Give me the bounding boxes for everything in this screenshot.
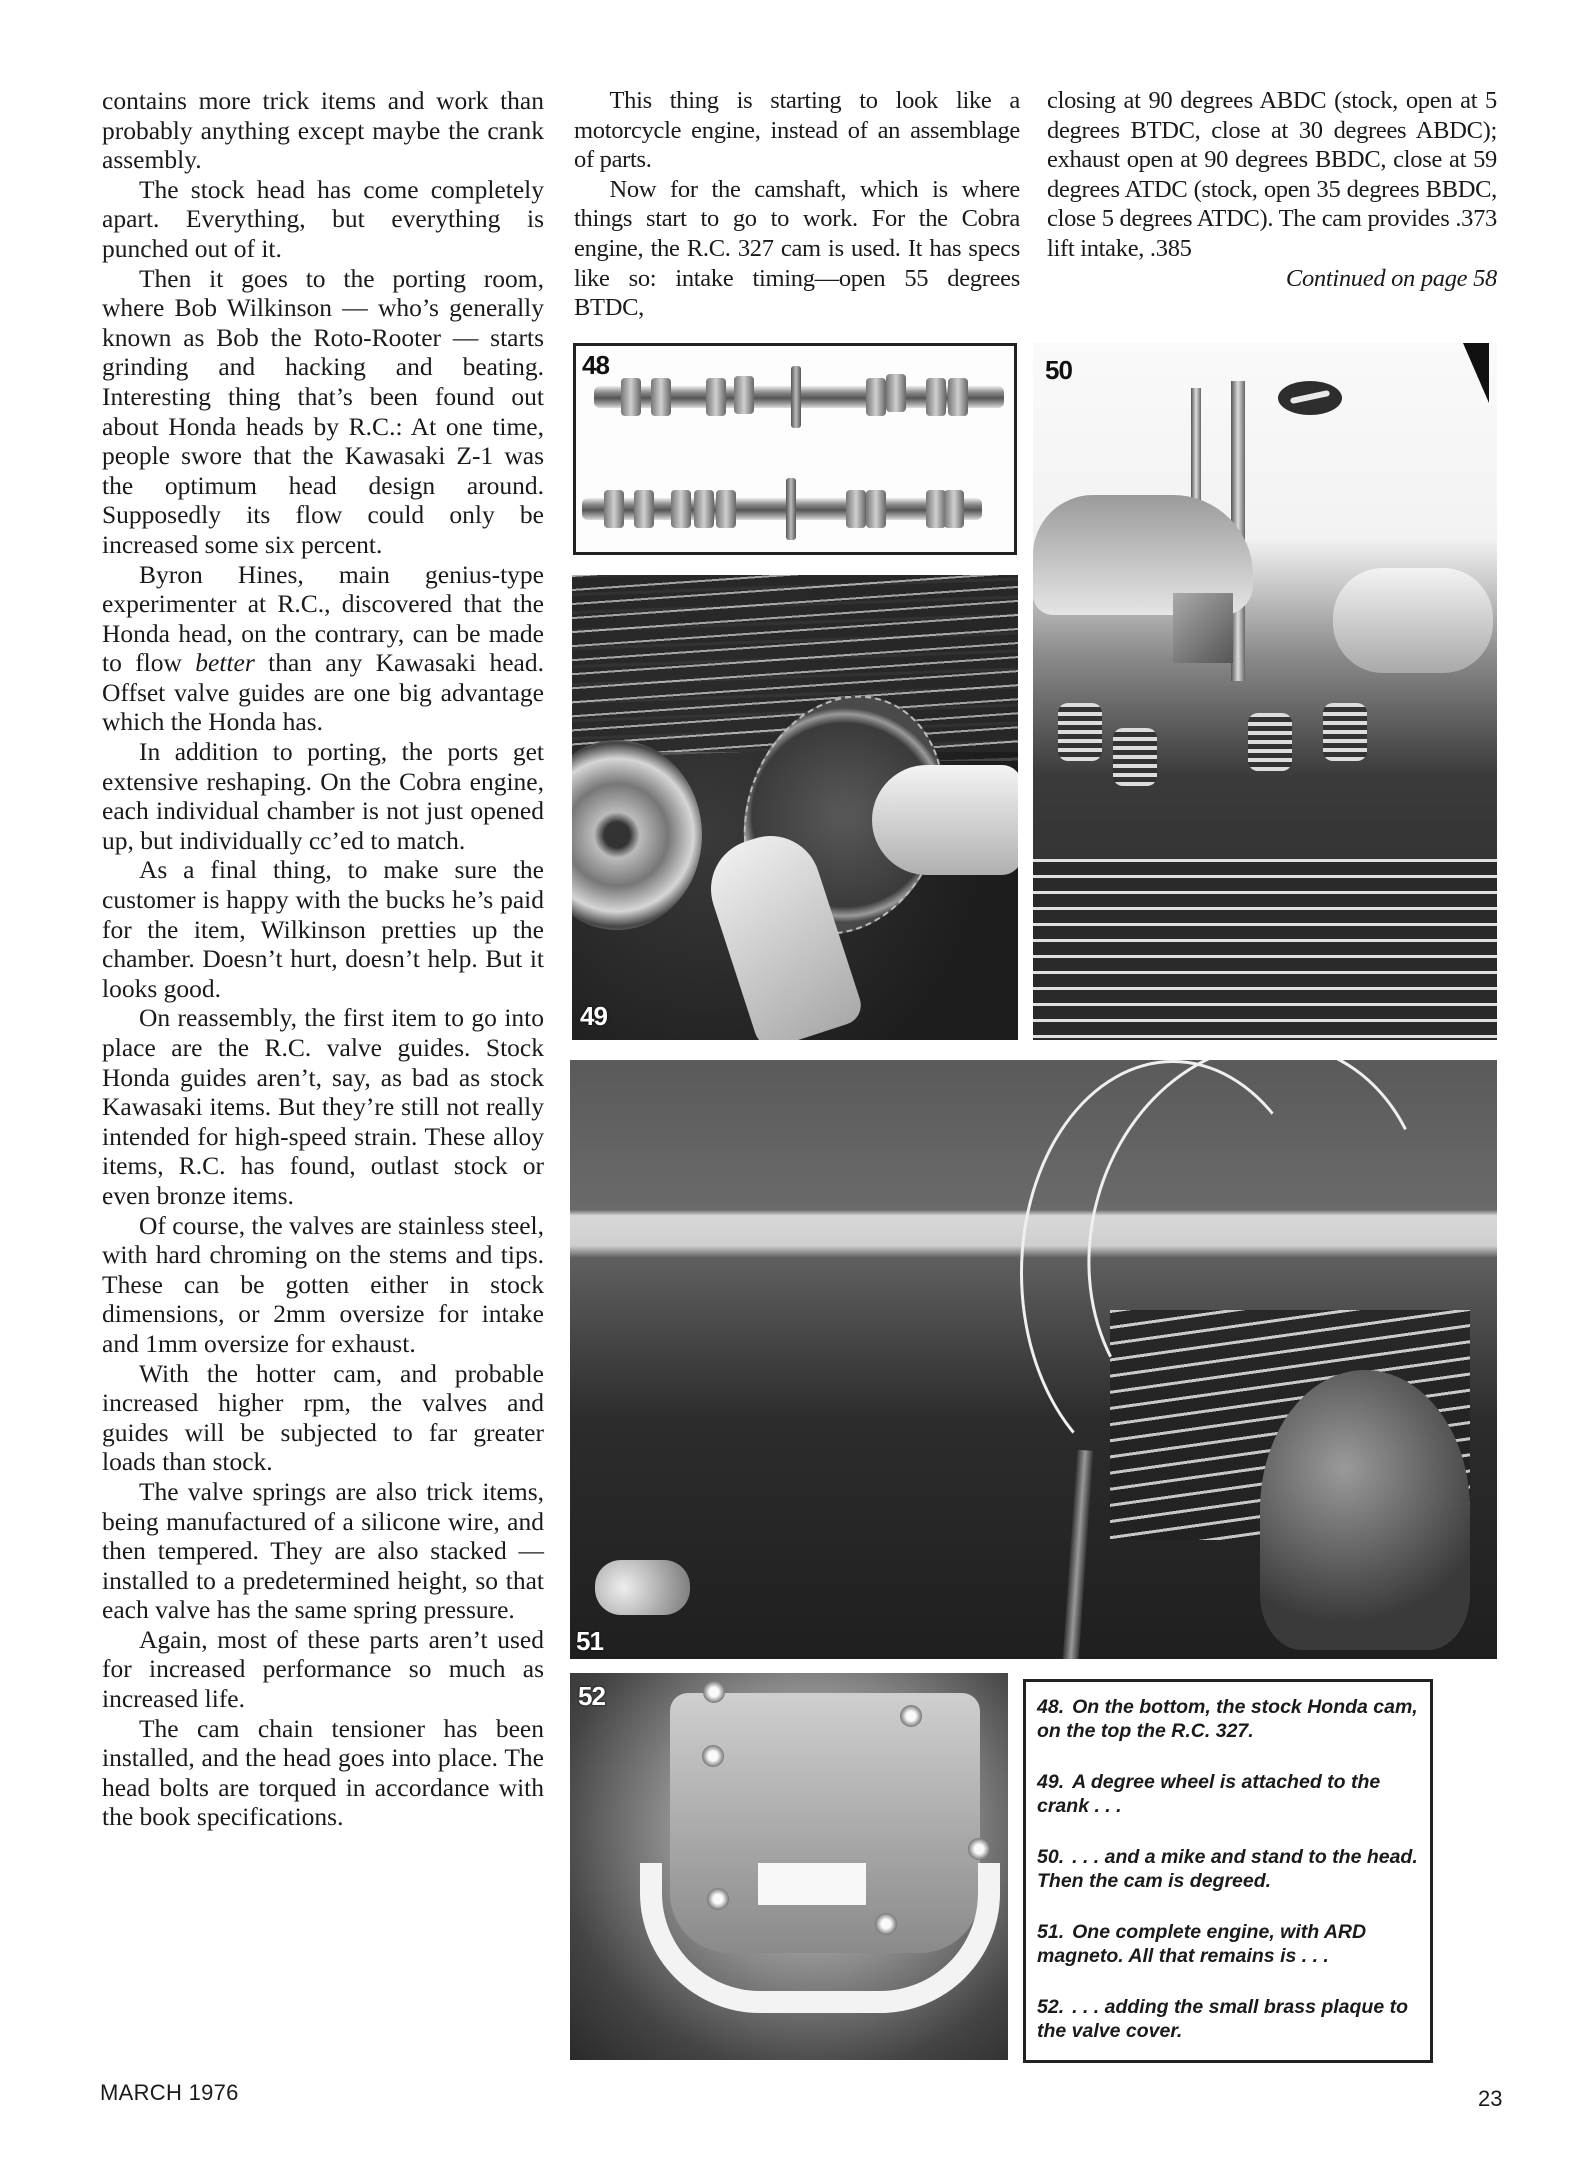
paragraph: Now for the camshaft, which is where thi… xyxy=(574,175,1020,323)
caption-number: 52. xyxy=(1037,1996,1064,2018)
caption-text: . . . and a mike and stand to the head. … xyxy=(1037,1846,1418,1892)
caption-51: 51.One complete engine, with ARD magneto… xyxy=(1037,1921,1420,1968)
paragraph: With the hotter cam, and probable increa… xyxy=(102,1359,544,1477)
photo-50-mike-and-stand: 50 xyxy=(1033,343,1497,1040)
article-column-2: This thing is starting to look like a mo… xyxy=(574,86,1020,323)
valve-spring-icon xyxy=(1248,713,1292,771)
paragraph: contains more trick items and work than … xyxy=(102,86,544,175)
valve-spring-icon xyxy=(1323,703,1367,761)
caption-number: 49. xyxy=(1037,1771,1064,1793)
paragraph: Of course, the valves are stainless stee… xyxy=(102,1211,544,1359)
paragraph: Then it goes to the porting room, where … xyxy=(102,264,544,560)
paragraph: On reassembly, the first item to go into… xyxy=(102,1003,544,1210)
article-column-3: closing at 90 degrees ABDC (stock, open … xyxy=(1047,86,1497,293)
continued-on-link[interactable]: Continued on page 58 xyxy=(1047,264,1497,294)
bolt-icon xyxy=(900,1705,922,1727)
caption-text: A degree wheel is attached to the crank … xyxy=(1037,1771,1380,1817)
caption-50: 50.. . . and a mike and stand to the hea… xyxy=(1037,1846,1420,1893)
bolt-icon xyxy=(703,1681,725,1703)
paragraph: Byron Hines, main genius-type experiment… xyxy=(102,560,544,738)
paragraph: In addition to porting, the ports get ex… xyxy=(102,737,544,855)
photo-49-degree-wheel: 49 xyxy=(572,575,1018,1040)
paragraph: The cam chain tensioner has been install… xyxy=(102,1714,544,1832)
caption-number: 51. xyxy=(1037,1921,1064,1943)
exhaust-pipe xyxy=(1063,1450,1094,1659)
paragraph: closing at 90 degrees ABDC (stock, open … xyxy=(1047,86,1497,264)
emphasis-text: better xyxy=(195,648,254,677)
caption-text: . . . adding the small brass plaque to t… xyxy=(1037,1996,1408,2042)
photo-48-camshafts: 48 xyxy=(573,343,1017,555)
valve-spring-icon xyxy=(1113,728,1157,786)
caption-text: One complete engine, with ARD magneto. A… xyxy=(1037,1921,1366,1967)
caption-48: 48.On the bottom, the stock Honda cam, o… xyxy=(1037,1696,1420,1743)
page-number: 23 xyxy=(1478,2086,1502,2112)
bolt-icon xyxy=(702,1745,724,1767)
hand-icon xyxy=(872,765,1018,875)
photo-number: 51 xyxy=(576,1628,603,1654)
frame-tube xyxy=(640,1863,1000,2013)
paragraph: Again, most of these parts aren’t used f… xyxy=(102,1625,544,1714)
logo-icon xyxy=(1278,381,1342,415)
micrometer-icon xyxy=(1173,593,1233,663)
paragraph: As a final thing, to make sure the custo… xyxy=(102,855,544,1003)
paragraph: This thing is starting to look like a mo… xyxy=(574,86,1020,175)
caption-52: 52.. . . adding the small brass plaque t… xyxy=(1037,1996,1420,2043)
bolt-icon xyxy=(968,1838,990,1860)
paragraph: The stock head has come completely apart… xyxy=(102,175,544,264)
photo-51-complete-engine: 51 xyxy=(570,1060,1497,1659)
issue-date: MARCH 1976 xyxy=(100,2080,239,2106)
caption-number: 50. xyxy=(1037,1846,1064,1868)
photo-number: 52 xyxy=(578,1683,605,1709)
carburetor-icon xyxy=(595,1560,690,1615)
photo-number: 49 xyxy=(580,1003,607,1029)
clutch-cover-icon xyxy=(572,740,702,930)
dark-wedge xyxy=(1463,343,1489,403)
caption-box: 48.On the bottom, the stock Honda cam, o… xyxy=(1023,1679,1433,2063)
photo-52-valve-cover: 52 xyxy=(570,1673,1008,2060)
photo-number: 48 xyxy=(582,352,609,378)
caption-number: 48. xyxy=(1037,1696,1064,1718)
caption-49: 49.A degree wheel is attached to the cra… xyxy=(1037,1771,1420,1818)
cylinder-head-fins xyxy=(1033,859,1497,1040)
photo-number: 50 xyxy=(1045,357,1072,383)
article-column-1: contains more trick items and work than … xyxy=(102,86,544,1832)
valve-spring-icon xyxy=(1058,703,1102,761)
paragraph: The valve springs are also trick items, … xyxy=(102,1477,544,1625)
caption-text: On the bottom, the stock Honda cam, on t… xyxy=(1037,1696,1418,1742)
hand-icon xyxy=(1333,568,1493,673)
